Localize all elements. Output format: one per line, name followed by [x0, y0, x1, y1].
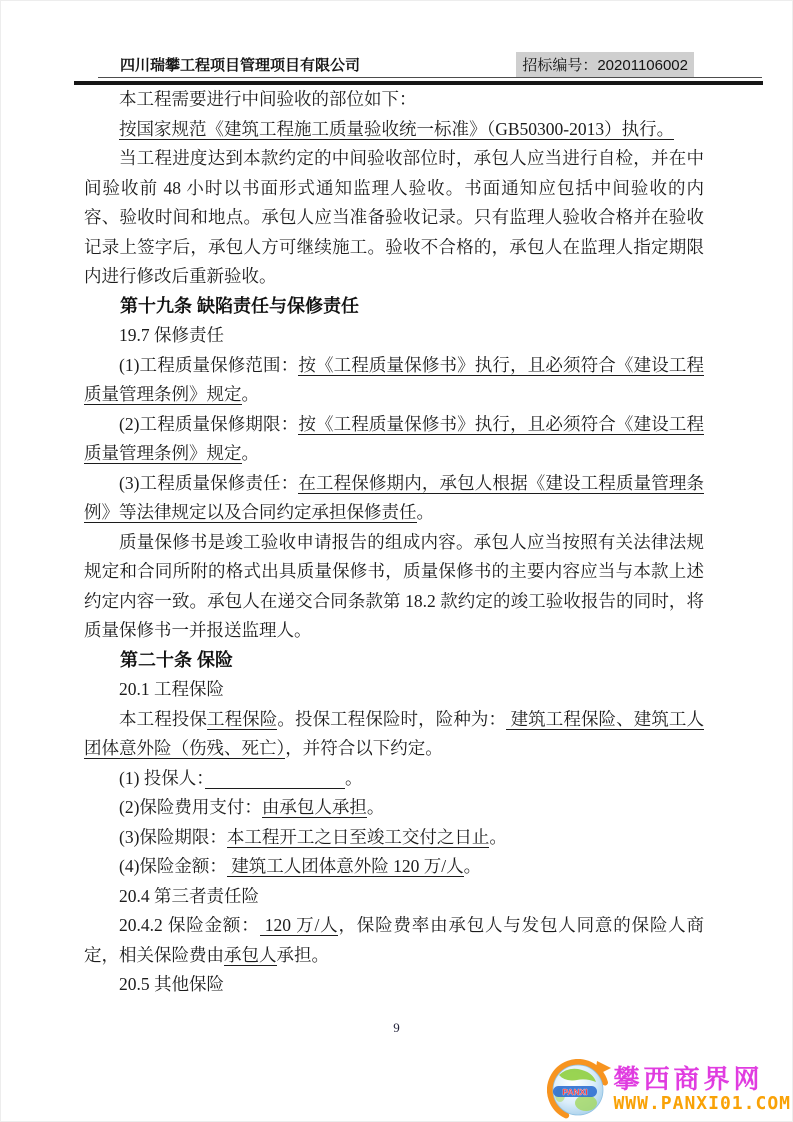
text-run: (3)保险期限： — [119, 827, 227, 847]
text-run: (3)工程质量保修责任： — [119, 473, 298, 493]
paragraph: 本工程投保工程保险。投保工程保险时，险种为： 建筑工程保险、建筑工人团体意外险（… — [84, 705, 704, 764]
paragraph: 20.4 第三者责任险 — [84, 882, 704, 912]
text-run: 。投保工程保险时，险种为： — [277, 709, 506, 729]
underlined-text: 本工程开工之日至竣工交付之日止 — [227, 827, 490, 848]
paragraph: 20.4.2 保险金额： 120 万/人，保险费率由承包人与发包人同意的保险人商… — [84, 911, 704, 970]
paragraph: (3)保险期限：本工程开工之日至竣工交付之日止。 — [84, 823, 704, 853]
document-page: 四川瑞攀工程项目管理项目有限公司 招标编号：20201106002 本工程需要进… — [0, 0, 793, 1122]
text-run: (2)工程质量保修期限： — [119, 414, 298, 434]
text-run: (1)工程质量保修范围： — [119, 355, 298, 375]
paragraph: (4)保险金额： 建筑工人团体意外险 120 万/人。 — [84, 852, 704, 882]
header-rule-thin — [98, 77, 762, 78]
underlined-text: 由承包人承担 — [262, 797, 367, 818]
page-number: 9 — [0, 1020, 793, 1036]
text-run: (4)保险金额： — [119, 856, 227, 876]
paragraph: (1)工程质量保修范围：按《工程质量保修书》执行，且必须符合《建设工程质量管理条… — [84, 351, 704, 410]
text-run: 。 — [489, 827, 507, 847]
underlined-text: 120 万/人 — [260, 915, 339, 936]
text-run: 质量保修书是竣工验收申请报告的组成内容。承包人应当按照有关法律法规规定和合同所附… — [84, 532, 704, 641]
text-run: 承担。 — [277, 945, 330, 965]
text-run: 20.5 其他保险 — [119, 974, 224, 994]
paragraph: 按国家规范《建筑工程施工质量验收统一标准》（GB50300-2013）执行。 — [84, 115, 704, 145]
text-run: 。 — [367, 797, 385, 817]
text-run: 。 — [345, 768, 363, 788]
paragraph: 本工程需要进行中间验收的部位如下： — [84, 85, 704, 115]
watermark-site-url: WWW.PANXI01.COM — [613, 1093, 791, 1115]
header-company-name: 四川瑞攀工程项目管理项目有限公司 — [120, 54, 360, 75]
underlined-text: 工程保险 — [207, 709, 277, 730]
watermark-site-name: 攀西商界网 — [613, 1065, 763, 1093]
section-heading: 第二十条 保险 — [84, 646, 704, 676]
document-body: 本工程需要进行中间验收的部位如下：按国家规范《建筑工程施工质量验收统一标准》（G… — [84, 85, 704, 1000]
paragraph: (3)工程质量保修责任：在工程保修期内，承包人根据《建设工程质量管理条例》等法律… — [84, 469, 704, 528]
paragraph: (1) 投保人： 。 — [84, 764, 704, 794]
text-run: 20.4 第三者责任险 — [119, 886, 259, 906]
paragraph: (2)工程质量保修期限：按《工程质量保修书》执行，且必须符合《建设工程质量管理条… — [84, 410, 704, 469]
text-run: 。 — [464, 856, 482, 876]
underlined-text: 建筑工人团体意外险 120 万/人 — [227, 856, 464, 877]
paragraph: 质量保修书是竣工验收申请报告的组成内容。承包人应当按照有关法律法规规定和合同所附… — [84, 528, 704, 646]
text-run: 20.1 工程保险 — [119, 679, 224, 699]
underlined-text: 按国家规范《建筑工程施工质量验收统一标准》（GB50300-2013）执行。 — [119, 119, 674, 140]
text-run: 第二十条 保险 — [120, 650, 233, 670]
text-run: 。 — [242, 384, 260, 404]
section-heading: 第十九条 缺陷责任与保修责任 — [84, 292, 704, 322]
watermark: PANXI 攀西商界网 WWW.PANXI01.COM — [547, 1059, 791, 1121]
text-run: 本工程需要进行中间验收的部位如下： — [119, 89, 417, 109]
text-run: ，并符合以下约定。 — [285, 738, 443, 758]
text-run: 19.7 保修责任 — [119, 325, 224, 345]
paragraph: 19.7 保修责任 — [84, 321, 704, 351]
paragraph: 20.5 其他保险 — [84, 970, 704, 1000]
text-run: (1) 投保人： — [119, 768, 205, 788]
text-run: (2)保险费用支付： — [119, 797, 262, 817]
text-run: 20.4.2 保险金额： — [119, 915, 260, 935]
globe-logo-icon: PANXI — [547, 1059, 611, 1121]
paragraph: (2)保险费用支付：由承包人承担。 — [84, 793, 704, 823]
underlined-text: 承包人 — [224, 945, 277, 966]
globe-logo-label: PANXI — [563, 1087, 588, 1097]
tender-number-badge: 招标编号：20201106002 — [516, 52, 694, 78]
paragraph: 当工程进度达到本款约定的中间验收部位时，承包人应当进行自检，并在中间验收前 48… — [84, 144, 704, 292]
paragraph: 20.1 工程保险 — [84, 675, 704, 705]
text-run: 本工程投保 — [119, 709, 207, 729]
text-run: 第十九条 缺陷责任与保修责任 — [120, 296, 359, 316]
text-run: 。 — [417, 502, 435, 522]
underlined-text — [205, 768, 345, 789]
text-run: 当工程进度达到本款约定的中间验收部位时，承包人应当进行自检，并在中间验收前 48… — [84, 148, 704, 286]
text-run: 。 — [242, 443, 260, 463]
